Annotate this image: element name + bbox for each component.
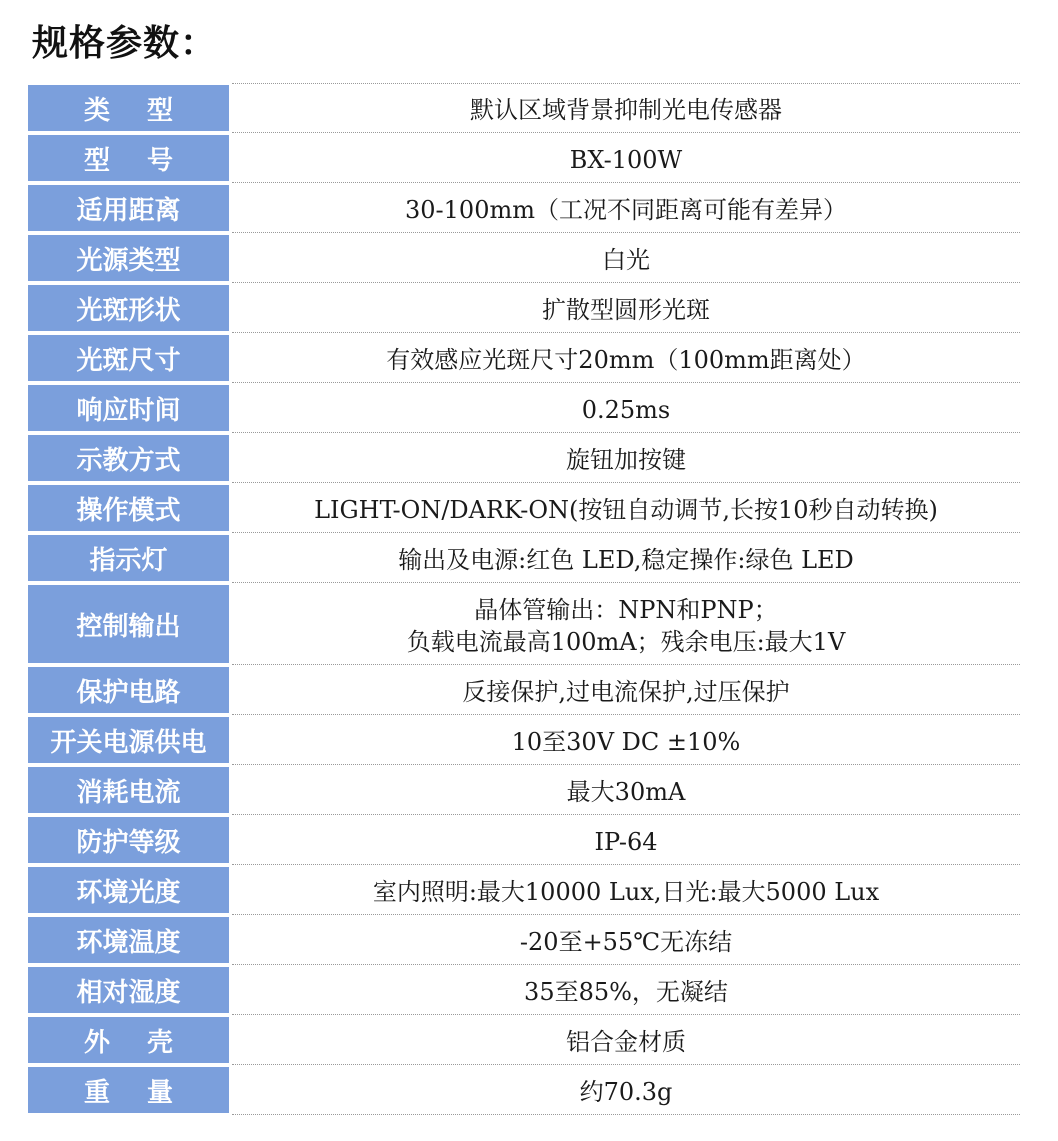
spec-value: 35至85%，无凝结	[232, 969, 1020, 1015]
spec-value-text: 35至85%，无凝结	[524, 976, 728, 1008]
spec-table: 类 型 默认区域背景抑制光电传感器 型 号 BX-100W 适用距离 30-10…	[28, 85, 1020, 1117]
spec-label: 光源类型	[28, 235, 229, 281]
spec-value-text: 默认区域背景抑制光电传感器	[470, 94, 782, 126]
spec-value-text: 扩散型圆形光斑	[542, 294, 710, 326]
spec-row-range: 适用距离 30-100mm（工况不同距离可能有差异）	[28, 185, 1020, 231]
spec-value: 旋钮加按键	[232, 437, 1020, 483]
spec-value-text: 约70.3g	[580, 1076, 673, 1108]
spec-label: 相对湿度	[28, 967, 229, 1013]
spec-value-text: 最大30mA	[567, 776, 686, 808]
spec-value-text: -20至+55℃无冻结	[520, 926, 732, 958]
spec-value-text-line1: 晶体管输出：NPN和PNP；	[474, 594, 777, 626]
spec-label: 防护等级	[28, 817, 229, 863]
spec-row-model: 型 号 BX-100W	[28, 135, 1020, 181]
spec-label: 重 量	[28, 1067, 229, 1113]
spec-value-text: 铝合金材质	[566, 1026, 686, 1058]
spec-value: 白光	[232, 237, 1020, 283]
spec-value: 扩散型圆形光斑	[232, 287, 1020, 333]
spec-value-text: BX-100W	[570, 144, 682, 176]
spec-row-protection-rating: 防护等级 IP-64	[28, 817, 1020, 863]
spec-row-spot-shape: 光斑形状 扩散型圆形光斑	[28, 285, 1020, 331]
spec-label: 控制输出	[28, 585, 229, 663]
spec-label: 适用距离	[28, 185, 229, 231]
spec-value-text: 10至30V DC ±10%	[512, 726, 741, 758]
spec-value: IP-64	[232, 819, 1020, 865]
spec-label: 类 型	[28, 85, 229, 131]
spec-value-text: 输出及电源:红色 LED,稳定操作:绿色 LED	[398, 544, 854, 576]
spec-label: 操作模式	[28, 485, 229, 531]
spec-row-indicator: 指示灯 输出及电源:红色 LED,稳定操作:绿色 LED	[28, 535, 1020, 581]
spec-label: 保护电路	[28, 667, 229, 713]
spec-value-text: 室内照明:最大10000 Lux,日光:最大5000 Lux	[373, 876, 879, 908]
spec-value-text-line2: 负载电流最高100mA；残余电压:最大1V	[407, 626, 846, 658]
spec-label: 响应时间	[28, 385, 229, 431]
spec-value: 室内照明:最大10000 Lux,日光:最大5000 Lux	[232, 869, 1020, 915]
spec-value-text: 反接保护,过电流保护,过压保护	[462, 676, 789, 708]
spec-row-spot-size: 光斑尺寸 有效感应光斑尺寸20mm（100mm距离处）	[28, 335, 1020, 381]
spec-label: 环境光度	[28, 867, 229, 913]
spec-row-protection-circuit: 保护电路 反接保护,过电流保护,过压保护	[28, 667, 1020, 713]
spec-value: 铝合金材质	[232, 1019, 1020, 1065]
spec-row-type: 类 型 默认区域背景抑制光电传感器	[28, 85, 1020, 131]
spec-row-housing: 外 壳 铝合金材质	[28, 1017, 1020, 1063]
spec-value: 10至30V DC ±10%	[232, 719, 1020, 765]
spec-value-text: IP-64	[595, 826, 658, 858]
spec-row-teach-method: 示教方式 旋钮加按键	[28, 435, 1020, 481]
spec-value: 0.25ms	[232, 387, 1020, 433]
spec-row-ambient-temperature: 环境温度 -20至+55℃无冻结	[28, 917, 1020, 963]
spec-label: 消耗电流	[28, 767, 229, 813]
spec-value: 反接保护,过电流保护,过压保护	[232, 669, 1020, 715]
spec-value-text: 白光	[602, 244, 650, 276]
spec-value: LIGHT-ON/DARK-ON(按钮自动调节,长按10秒自动转换)	[232, 487, 1020, 533]
spec-row-ambient-light: 环境光度 室内照明:最大10000 Lux,日光:最大5000 Lux	[28, 867, 1020, 913]
spec-label: 型 号	[28, 135, 229, 181]
spec-row-response-time: 响应时间 0.25ms	[28, 385, 1020, 431]
spec-value-text: LIGHT-ON/DARK-ON(按钮自动调节,长按10秒自动转换)	[314, 494, 938, 526]
spec-value: 默认区域背景抑制光电传感器	[232, 87, 1020, 133]
spec-row-control-output: 控制输出 晶体管输出：NPN和PNP； 负载电流最高100mA；残余电压:最大1…	[28, 585, 1020, 663]
spec-value-text: 旋钮加按键	[566, 444, 686, 476]
spec-value: 输出及电源:红色 LED,稳定操作:绿色 LED	[232, 537, 1020, 583]
spec-label: 指示灯	[28, 535, 229, 581]
spec-value-text: 有效感应光斑尺寸20mm（100mm距离处）	[386, 344, 865, 376]
spec-value-text: 30-100mm（工况不同距离可能有差异）	[405, 194, 847, 226]
spec-value: 有效感应光斑尺寸20mm（100mm距离处）	[232, 337, 1020, 383]
spec-row-operation-mode: 操作模式 LIGHT-ON/DARK-ON(按钮自动调节,长按10秒自动转换)	[28, 485, 1020, 531]
spec-label: 外 壳	[28, 1017, 229, 1063]
spec-value: 30-100mm（工况不同距离可能有差异）	[232, 187, 1020, 233]
spec-label: 光斑形状	[28, 285, 229, 331]
spec-row-relative-humidity: 相对湿度 35至85%，无凝结	[28, 967, 1020, 1013]
spec-value: 约70.3g	[232, 1069, 1020, 1115]
spec-row-current-consumption: 消耗电流 最大30mA	[28, 767, 1020, 813]
spec-value: 最大30mA	[232, 769, 1020, 815]
spec-label: 示教方式	[28, 435, 229, 481]
spec-row-power-supply: 开关电源供电 10至30V DC ±10%	[28, 717, 1020, 763]
spec-label: 光斑尺寸	[28, 335, 229, 381]
spec-value: BX-100W	[232, 137, 1020, 183]
spec-value: 晶体管输出：NPN和PNP； 负载电流最高100mA；残余电压:最大1V	[232, 587, 1020, 665]
spec-label: 开关电源供电	[28, 717, 229, 763]
spec-label: 环境温度	[28, 917, 229, 963]
page-title: 规格参数：	[32, 18, 217, 70]
spec-row-light-source: 光源类型 白光	[28, 235, 1020, 281]
spec-value: -20至+55℃无冻结	[232, 919, 1020, 965]
spec-value-text: 0.25ms	[582, 394, 671, 426]
spec-row-weight: 重 量 约70.3g	[28, 1067, 1020, 1113]
